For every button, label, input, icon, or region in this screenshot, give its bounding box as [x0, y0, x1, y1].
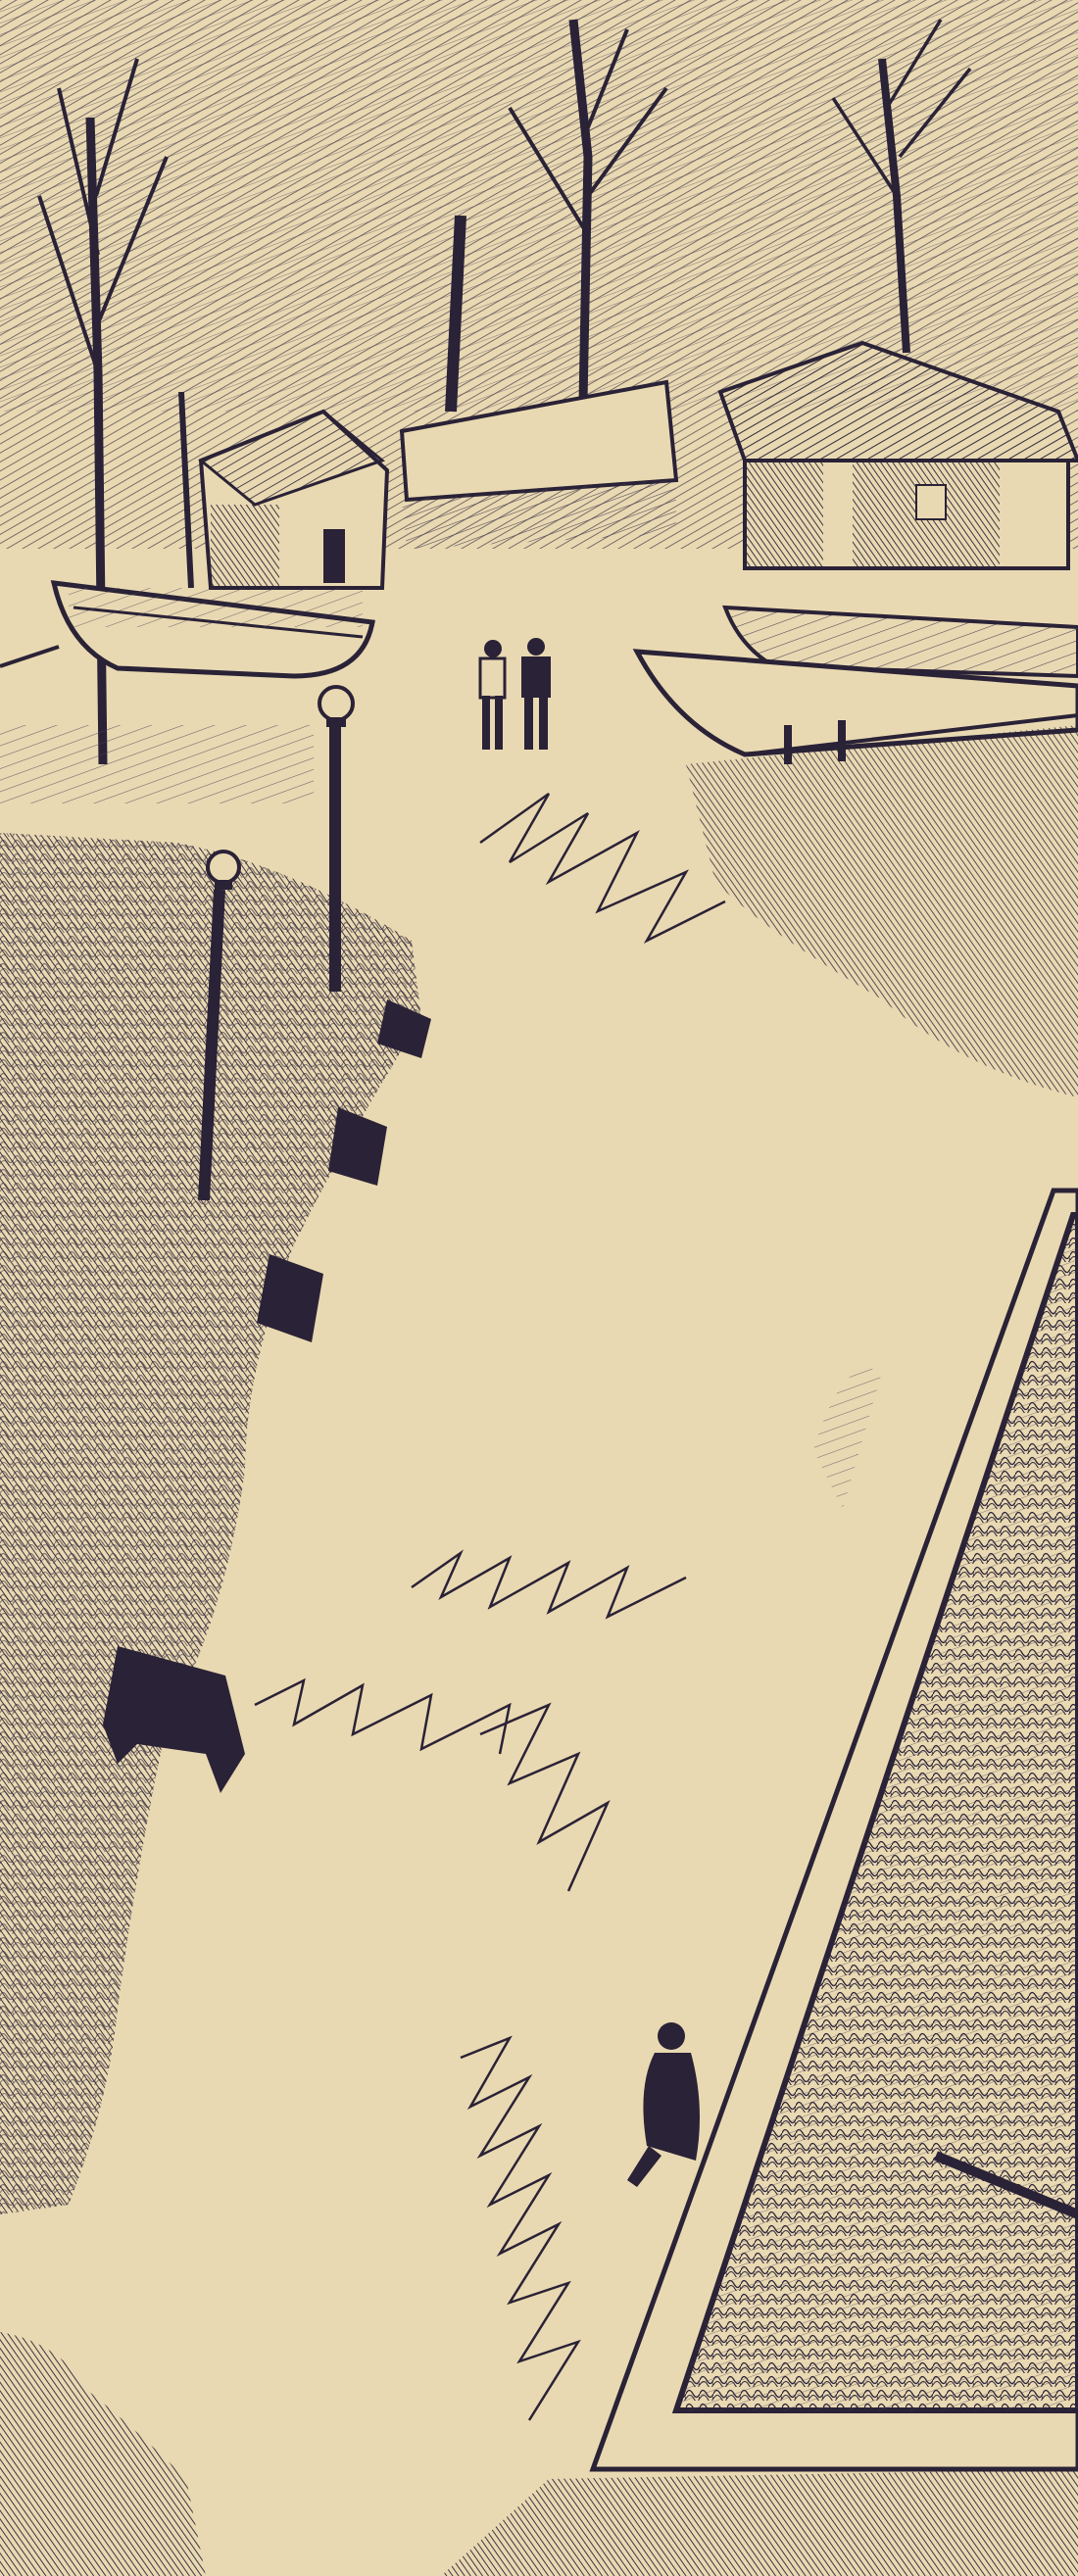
- sketch-canvas: [0, 0, 1078, 2576]
- lawn-shadow-left: [0, 725, 314, 803]
